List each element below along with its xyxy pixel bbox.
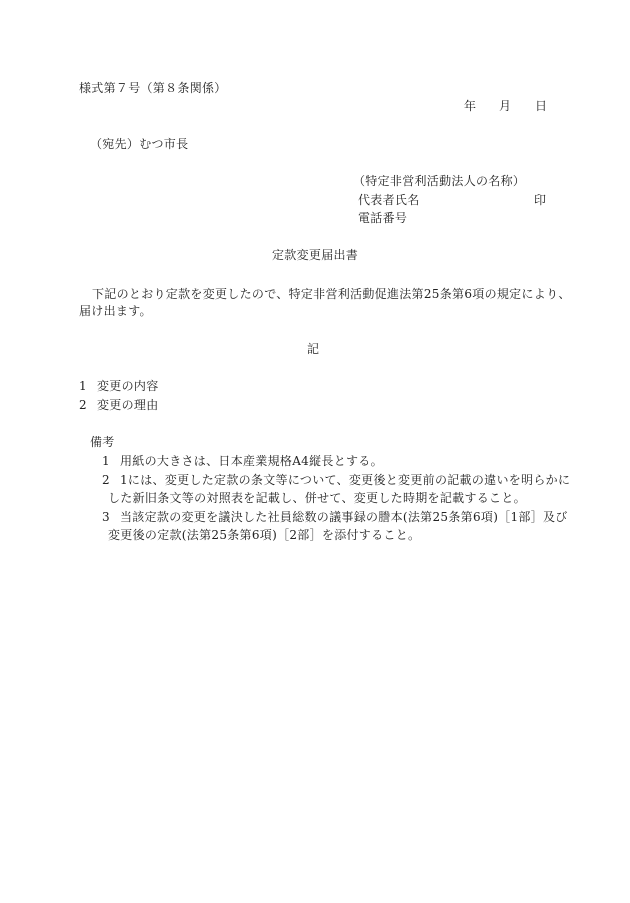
seal-label: 印 — [534, 193, 546, 207]
org-name-label: （特定非営利活動法人の名称） — [353, 174, 525, 188]
item-2-text: 変更の理由 — [97, 398, 159, 412]
item-2-num: 2 — [79, 398, 87, 412]
date-year: 年 — [464, 99, 476, 113]
date-month: 月 — [499, 99, 511, 113]
note-1-line-1: 用紙の大きさは、日本産業規格A4縦長とする。 — [120, 454, 383, 468]
note-3-line-2: 変更後の定款(法第25条第6項)［2部］を添付すること。 — [108, 528, 420, 542]
representative-label: 代表者氏名 — [358, 193, 420, 207]
item-1-num: 1 — [79, 379, 87, 393]
note-2-num: 2 — [102, 473, 110, 487]
note-2-line-2: した新旧条文等の対照表を記載し、併せて、変更した時期を記載すること。 — [108, 491, 526, 505]
notes-heading: 備考 — [90, 435, 115, 449]
body-line-1: 下記のとおり定款を変更したので、特定非営利活動促進法第25条第6項の規定により、 — [92, 287, 571, 301]
ki-heading: 記 — [307, 342, 319, 356]
form-number: 様式第７号（第８条関係） — [79, 81, 227, 95]
note-3-num: 3 — [102, 510, 110, 524]
note-2-line-1: 1には、変更した定款の条文等について、変更後と変更前の記載の違いを明らかに — [120, 473, 570, 487]
note-3-line-1: 当該定款の変更を議決した社員総数の議事録の謄本(法第25条第6項)［1部］及び — [120, 510, 568, 524]
note-1-num: 1 — [102, 454, 110, 468]
date-day: 日 — [535, 99, 547, 113]
phone-label: 電話番号 — [358, 211, 407, 225]
item-1-text: 変更の内容 — [97, 379, 159, 393]
addressee: （宛先）むつ市長 — [90, 137, 188, 151]
body-line-2: 届け出ます。 — [79, 304, 152, 318]
document-title: 定款変更届出書 — [272, 248, 358, 262]
